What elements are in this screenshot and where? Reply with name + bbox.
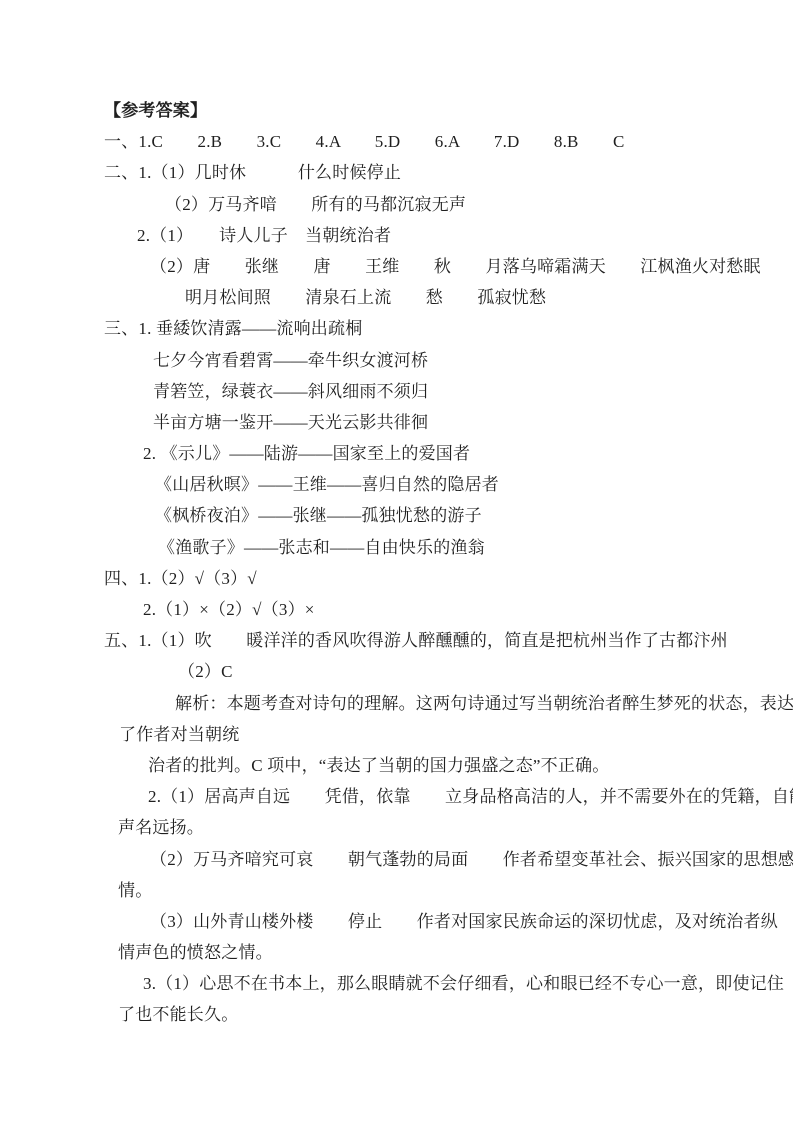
document-line: 2. 《示儿》——陆游——国家至上的爱国者 <box>143 438 733 469</box>
document-line: 七夕今宵看碧霄——牵牛织女渡河桥 <box>153 345 733 376</box>
page-title: 【参考答案】 <box>104 95 733 126</box>
document-line: 《山居秋暝》——王维——喜归自然的隐居者 <box>155 469 733 500</box>
document-line: 2.（1） 诗人儿子 当朝统治者 <box>137 220 733 251</box>
document-line: 青箬笠，绿蓑衣——斜风细雨不须归 <box>153 376 733 407</box>
document-content: 【参考答案】 一、1.C 2.B 3.C 4.A 5.D 6.A 7.D 8.B… <box>104 95 733 1031</box>
document-line: 情声色的愤怒之情。 <box>118 937 733 968</box>
document-line: 明月松间照 清泉石上流 愁 孤寂忧愁 <box>185 282 733 313</box>
document-line: 五、1.（1）吹 暖洋洋的香风吹得游人醉醺醺的，简直是把杭州当作了古都汴州 <box>104 625 733 656</box>
document-page: 【参考答案】 一、1.C 2.B 3.C 4.A 5.D 6.A 7.D 8.B… <box>0 0 793 1122</box>
document-line: 四、1.（2）√（3）√ <box>104 563 733 594</box>
analysis-line: 了作者对当朝统 <box>119 719 733 750</box>
document-line: 三、1. 垂緌饮清露——流响出疏桐 <box>104 313 733 344</box>
document-line: （2）唐 张继 唐 王维 秋 月落乌啼霜满天 江枫渔火对愁眠 <box>150 251 733 282</box>
document-line: 《枫桥夜泊》——张继——孤独忧愁的游子 <box>155 500 733 531</box>
document-line: 2.（1）居高声自远 凭借，依靠 立身品格高洁的人，并不需要外在的凭籍，自能 <box>148 781 733 812</box>
multiple-choice-answers: 一、1.C 2.B 3.C 4.A 5.D 6.A 7.D 8.B C <box>104 126 733 157</box>
document-line: 二、1.（1）几时休 什么时候停止 <box>104 157 733 188</box>
document-line: （2）C <box>178 656 733 687</box>
analysis-line: 治者的批判。C 项中，“表达了当朝的国力强盛之态”不正确。 <box>148 750 733 781</box>
document-line: 声名远扬。 <box>118 812 733 843</box>
document-line: 半亩方塘一鉴开——天光云影共徘徊 <box>153 407 733 438</box>
document-line: 2.（1）×（2）√（3）× <box>143 594 733 625</box>
document-line: 《渔歌子》——张志和——自由快乐的渔翁 <box>158 532 733 563</box>
analysis-line: 解析：本题考查对诗句的理解。这两句诗通过写当朝统治者醉生梦死的状态，表达 <box>175 688 733 719</box>
document-line: 情。 <box>118 875 733 906</box>
document-line: 了也不能长久。 <box>118 999 733 1030</box>
document-line: （2）万马齐喑 所有的马都沉寂无声 <box>165 189 733 220</box>
document-line: （3）山外青山楼外楼 停止 作者对国家民族命运的深切忧虑，及对统治者纵 <box>150 906 733 937</box>
document-line: （2）万马齐喑究可哀 朝气蓬勃的局面 作者希望变革社会、振兴国家的思想感 <box>150 844 733 875</box>
document-line: 3.（1）心思不在书本上，那么眼睛就不会仔细看，心和眼已经不专心一意，即使记住 <box>143 968 733 999</box>
